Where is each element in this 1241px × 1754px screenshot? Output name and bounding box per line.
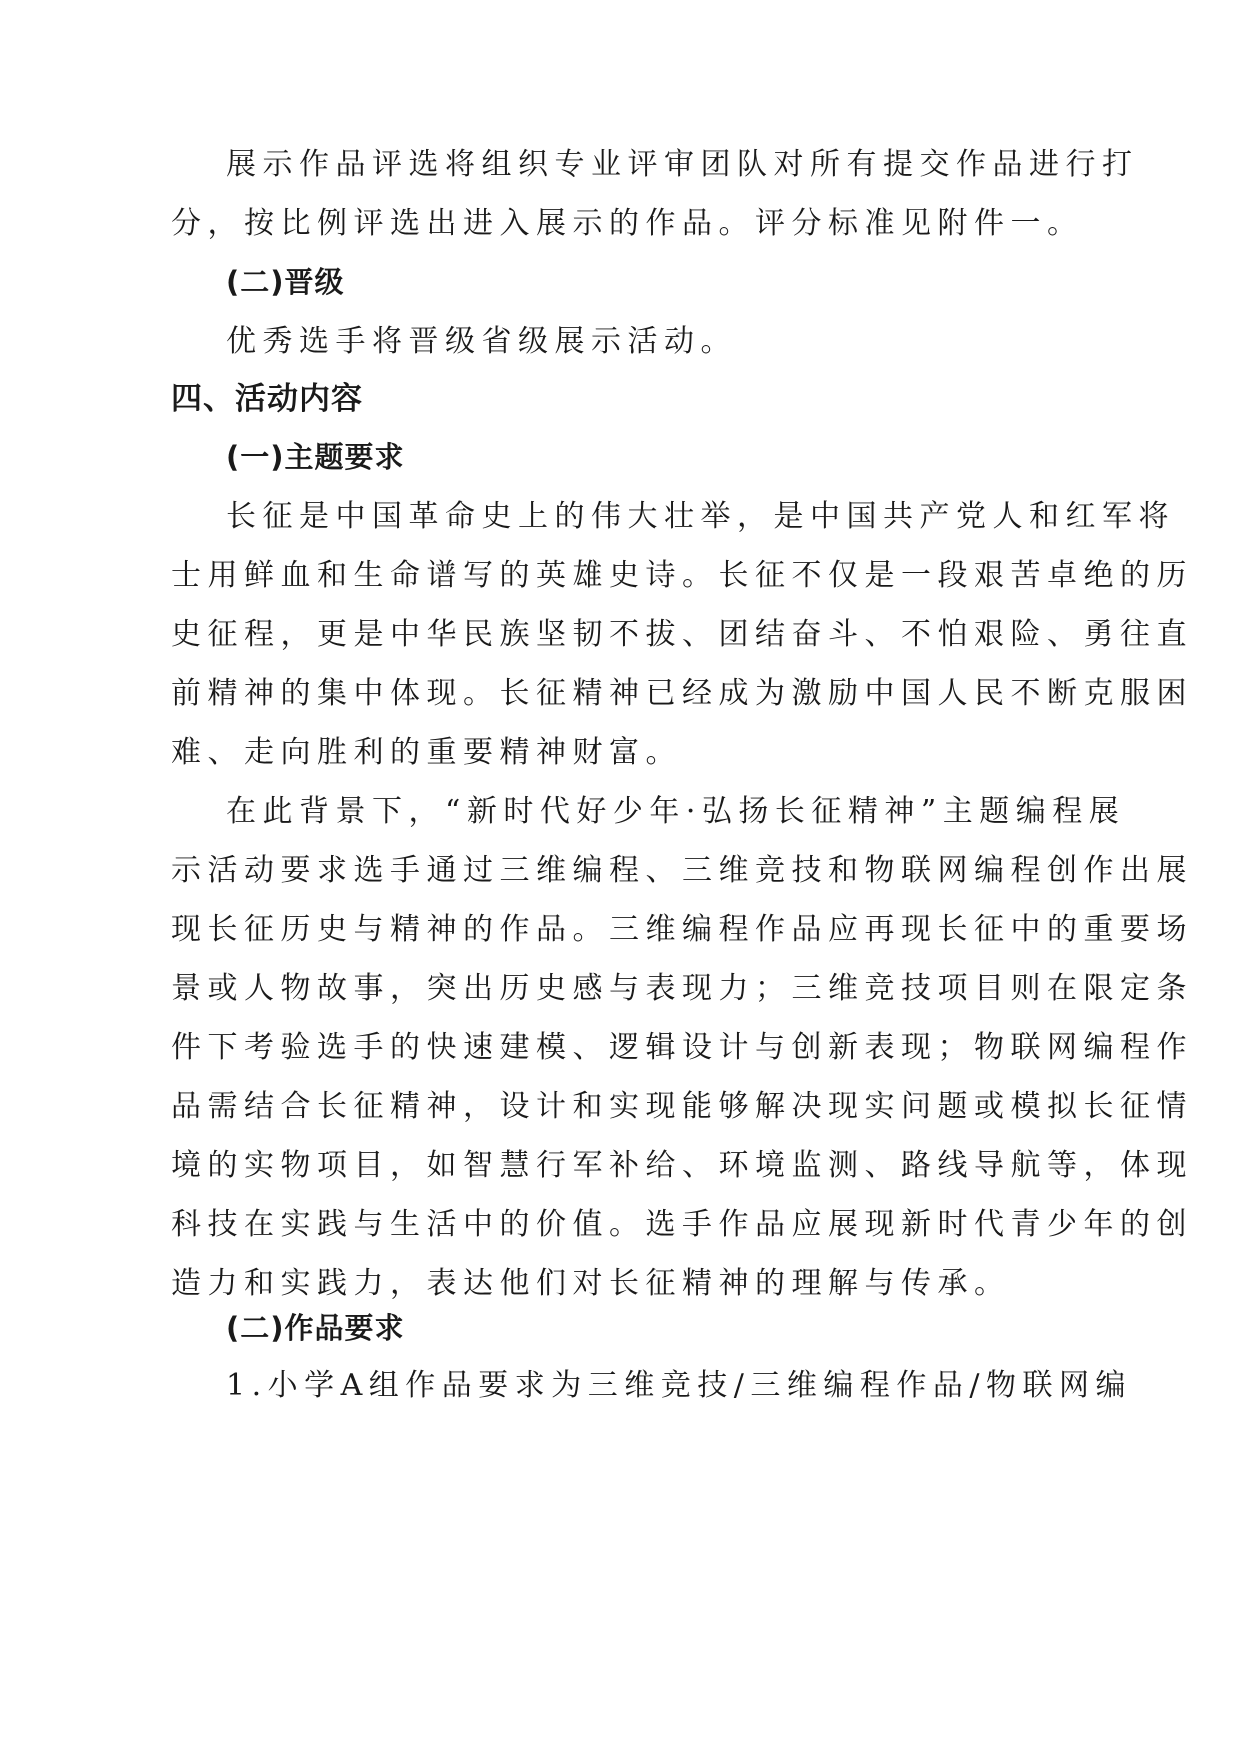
paragraph-line: 前精神的集中体现。长征精神已经成为激励中国人民不断克服困: [171, 674, 1193, 714]
paragraph-line: 优秀选手将晋级省级展示活动。: [226, 322, 737, 362]
paragraph-line: 分，按比例评选出进入展示的作品。评分标准见附件一。: [171, 204, 1084, 244]
paragraph-line: 史征程，更是中华民族坚韧不拔、团结奋斗、不怕艰险、勇往直: [171, 615, 1193, 655]
paragraph-line: 科技在实践与生活中的价值。选手作品应展现新时代青少年的创: [171, 1205, 1193, 1245]
subheading-theme-requirements: (一)主题要求: [226, 437, 405, 477]
paragraph-line: 境的实物项目，如智慧行军补给、环境监测、路线导航等，体现: [171, 1146, 1193, 1186]
heading-activity-content: 四、活动内容: [171, 379, 363, 419]
paragraph-line: 景或人物故事，突出历史感与表现力；三维竞技项目则在限定条: [171, 969, 1193, 1009]
paragraph-line: 示活动要求选手通过三维编程、三维竞技和物联网编程创作出展: [171, 851, 1193, 891]
paragraph-line: 造力和实践力，表达他们对长征精神的理解与传承。: [171, 1264, 1011, 1304]
paragraph-line: 在此背景下，“新时代好少年·弘扬长征精神”主题编程展: [226, 792, 1125, 832]
paragraph-line: 件下考验选手的快速建模、逻辑设计与创新表现；物联网编程作: [171, 1028, 1193, 1068]
paragraph-line: 展示作品评选将组织专业评审团队对所有提交作品进行打: [226, 145, 1139, 185]
paragraph-line: 现长征历史与精神的作品。三维编程作品应再现长征中的重要场: [171, 910, 1193, 950]
paragraph-line: 品需结合长征精神，设计和实现能够解决现实问题或模拟长征情: [171, 1087, 1193, 1127]
subheading-advancement: (二)晋级: [226, 262, 345, 302]
subheading-work-requirements: (二)作品要求: [226, 1308, 405, 1348]
paragraph-line: 长征是中国革命史上的伟大壮举，是中国共产党人和红军将: [226, 497, 1175, 537]
paragraph-line: 难、走向胜利的重要精神财富。: [171, 733, 682, 773]
paragraph-line: 士用鲜血和生命谱写的英雄史诗。长征不仅是一段艰苦卓绝的历: [171, 556, 1193, 596]
paragraph-line: 1.小学A组作品要求为三维竞技/三维编程作品/物联网编: [226, 1366, 1132, 1406]
